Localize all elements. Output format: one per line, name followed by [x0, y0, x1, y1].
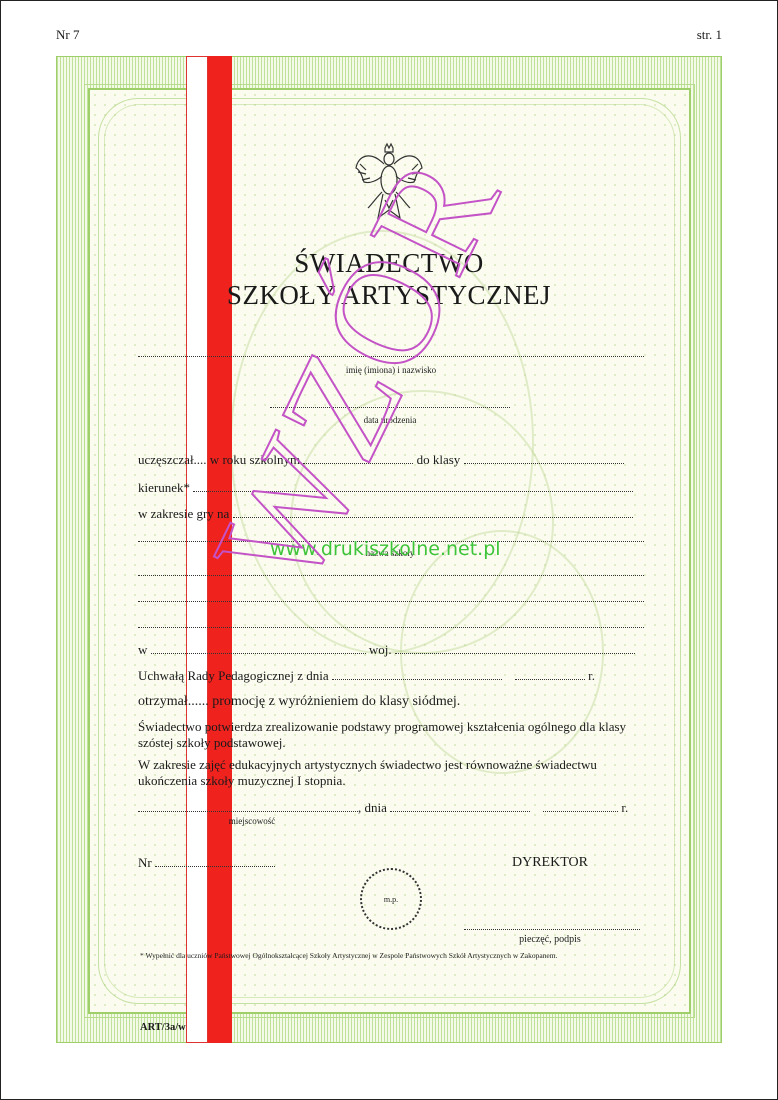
stamp-label: m.p. — [384, 895, 398, 904]
page-number: str. 1 — [697, 27, 722, 43]
stamp-placeholder: m.p. — [360, 868, 422, 930]
signature-line — [464, 918, 640, 934]
form-code: ART/3a/w — [140, 1022, 186, 1033]
location-row: w woj. — [138, 642, 644, 658]
year-suffix: r. — [588, 668, 595, 683]
blank-line — [138, 590, 644, 606]
blank-line — [138, 616, 644, 632]
direction-label: kierunek* — [138, 480, 190, 495]
promotion-text: otrzymał...... promocję z wyróżnieniem d… — [138, 694, 644, 710]
resolution-row: Uchwałą Rady Pedagogicznej z dnia r. — [138, 668, 644, 684]
voivodeship-label: woj. — [369, 642, 392, 657]
date-place-row: , dnia r. — [138, 800, 644, 816]
signature-caption: pieczęć, podpis — [510, 934, 590, 945]
director-label: DYREKTOR — [512, 855, 632, 871]
statement-equivalence: W zakresie zajęć edukacyjnych artystyczn… — [138, 757, 648, 789]
place-caption: miejscowość — [222, 816, 282, 826]
number-row: Nr — [138, 855, 288, 871]
blank-line — [138, 564, 644, 580]
to-class-label: do klasy — [417, 452, 461, 467]
resolution-label: Uchwałą Rady Pedagogicznej z dnia — [138, 668, 329, 683]
date-year-suffix: r. — [621, 800, 628, 815]
in-label: w — [138, 642, 147, 657]
form-number: Nr 7 — [56, 27, 79, 43]
statement-curriculum: Świadectwo potwierdza zrealizowanie pods… — [138, 719, 648, 751]
footnote: * Wypełnić dla uczniów Państwowej Ogólno… — [140, 951, 557, 960]
date-label: , dnia — [358, 800, 387, 815]
nr-label: Nr — [138, 855, 152, 870]
